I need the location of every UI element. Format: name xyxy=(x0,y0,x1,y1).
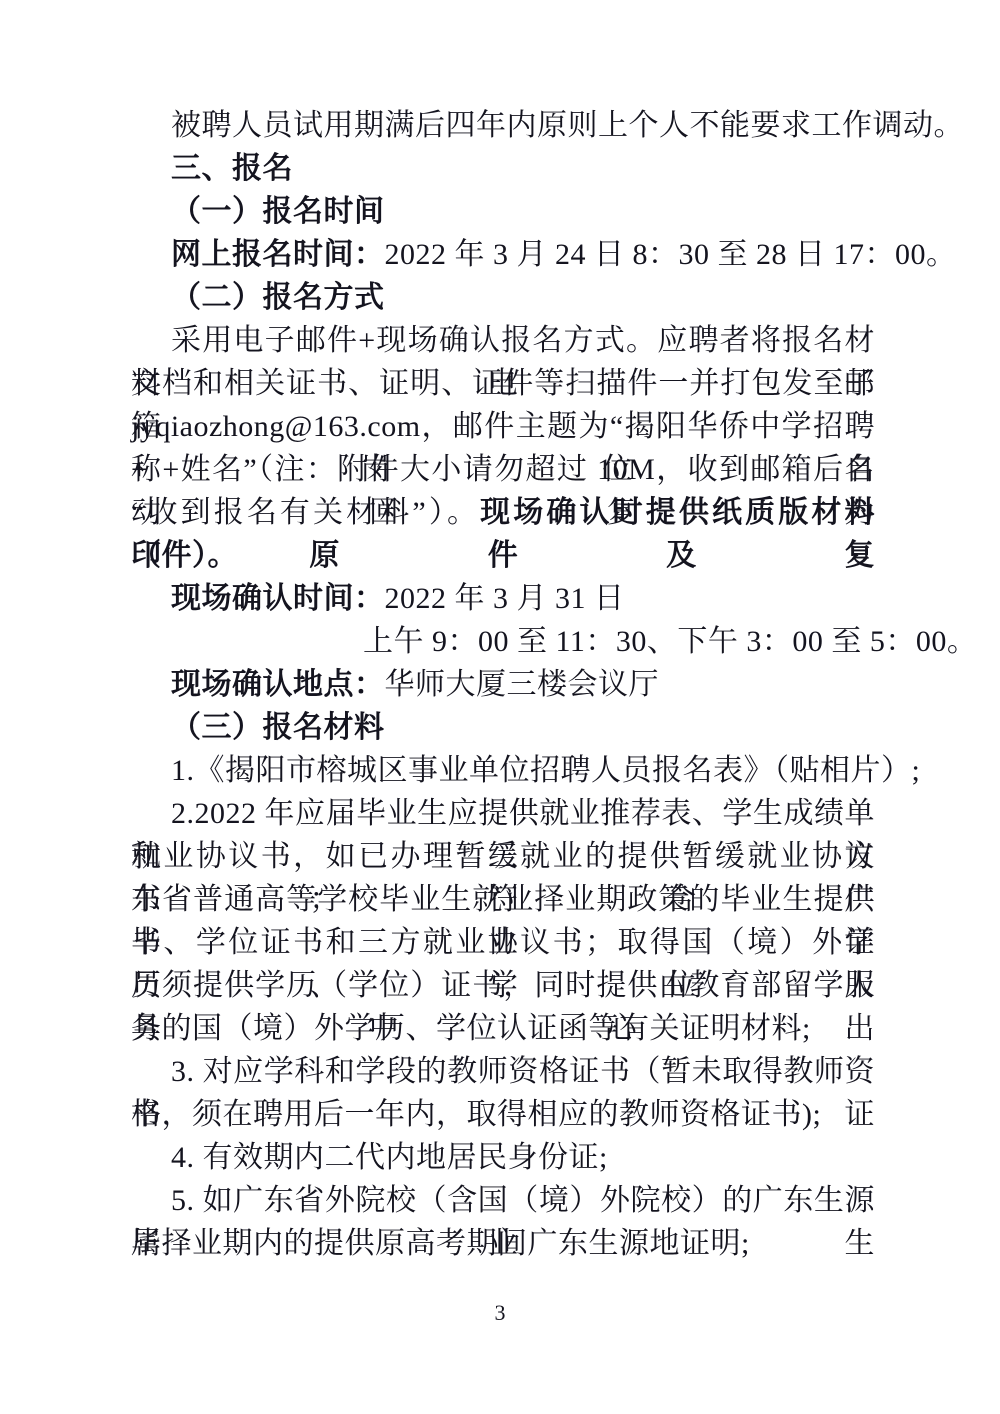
page-number: 3 xyxy=(0,1298,1000,1328)
para-material-2-line-6: 具的国（境）外学历、学位认证函等有关证明材料; xyxy=(131,1007,875,1050)
para-method-line-5: “收到报名有关材料”）。现场确认时提供纸质版材料（原件及复 xyxy=(131,491,875,534)
text-run: （一）报名时间 xyxy=(171,195,385,228)
para-online-registration-time: 网上报名时间：2022 年 3 月 24 日 8：30 至 28 日 17：00… xyxy=(131,233,875,276)
heading-3-1-registration-time: （一）报名时间 xyxy=(131,190,875,233)
text-run: 1.《揭阳市榕城区事业单位招聘人员报名表》（贴相片）; xyxy=(171,754,920,787)
text-run: 具的国（境）外学历、学位认证函等有关证明材料; xyxy=(131,1012,811,1045)
para-method-line-2: 文档和相关证书、证明、证件等扫描件一并打包发至邮箱 xyxy=(131,362,875,405)
heading-section-3-registration: 三、报名 xyxy=(131,147,875,190)
label-onsite-confirm-time: 现场确认时间： xyxy=(171,582,385,615)
text-run: 属择业期内的提供原高考期间广东生源地证明; xyxy=(131,1227,750,1260)
para-material-2-line-1: 2.2022 年应届毕业生应提供就业推荐表、学生成绩单和三方 xyxy=(131,792,875,835)
value-onsite-confirm-hours: 上午 9：00 至 11：30、下午 3：00 至 5：00。 xyxy=(363,625,977,658)
para-onsite-confirm-time: 现场确认时间：2022 年 3 月 31 日 xyxy=(131,577,875,620)
text-run: 书，须在聘用后一年内，取得相应的教师资格证书); xyxy=(131,1098,821,1131)
label-onsite-confirm-place: 现场确认地点： xyxy=(171,668,385,701)
para-material-2-line-4: 书、学位证书和三方就业协议书；取得国（境）外学历、学位人 xyxy=(131,921,875,964)
heading-3-3-registration-materials: （三）报名材料 xyxy=(131,706,875,749)
para-material-5-line-1: 5. 如广东省外院校（含国（境）外院校）的广东生源毕业生 xyxy=(131,1179,875,1222)
para-onsite-confirm-place: 现场确认地点：华师大厦三楼会议厅 xyxy=(131,663,875,706)
text-run: 三、报名 xyxy=(171,152,293,185)
text-run: 被聘人员试用期满后四年内原则上个人不能要求工作调动。 xyxy=(171,109,964,142)
para-method-line-4: 称+姓名”（注：附件大小请勿超过 10M，收到邮箱后自动回复为 xyxy=(131,448,875,491)
text-run: （三）报名材料 xyxy=(171,711,385,744)
para-material-4: 4. 有效期内二代内地居民身份证; xyxy=(131,1136,875,1179)
value-online-registration-time: 2022 年 3 月 24 日 8：30 至 28 日 17：00。 xyxy=(385,238,957,271)
para-material-3-line-1: 3. 对应学科和学段的教师资格证书（暂未取得教师资格证 xyxy=(131,1050,875,1093)
para-material-2-line-2: 就业协议书，如已办理暂缓就业的提供暂缓就业协议书；符合广 xyxy=(131,835,875,878)
value-onsite-confirm-date: 2022 年 3 月 31 日 xyxy=(385,582,625,615)
text-run: 4. 有效期内二代内地居民身份证; xyxy=(171,1141,608,1174)
document-page: 被聘人员试用期满后四年内原则上个人不能要求工作调动。 三、报名 （一）报名时间 … xyxy=(0,0,1000,1414)
para-material-2-line-5: 员须提供学历（学位）证书，同时提供由教育部留学服务中心出 xyxy=(131,964,875,1007)
para-method-line-3-email: jyqiaozhong@163.com，邮件主题为“揭阳华侨中学招聘+岗位名 xyxy=(131,405,875,448)
para-method-line-1: 采用电子邮件+现场确认报名方式。应聘者将报名材料电子 xyxy=(131,319,875,362)
text-run: （二）报名方式 xyxy=(171,281,385,314)
para-onsite-confirm-hours: 上午 9：00 至 11：30、下午 3：00 至 5：00。 xyxy=(131,620,875,663)
text-run: “收到报名有关材料”）。 xyxy=(131,496,480,529)
value-onsite-confirm-place: 华师大厦三楼会议厅 xyxy=(385,668,660,701)
text-run-bold: 印件）。 xyxy=(131,539,238,572)
heading-3-2-registration-method: （二）报名方式 xyxy=(131,276,875,319)
para-material-3-line-2: 书，须在聘用后一年内，取得相应的教师资格证书); xyxy=(131,1093,875,1136)
para-material-1: 1.《揭阳市榕城区事业单位招聘人员报名表》（贴相片）; xyxy=(131,749,875,792)
document-body: 被聘人员试用期满后四年内原则上个人不能要求工作调动。 三、报名 （一）报名时间 … xyxy=(131,104,875,1265)
para-transfer-policy: 被聘人员试用期满后四年内原则上个人不能要求工作调动。 xyxy=(131,104,875,147)
para-material-2-line-3: 东省普通高等学校毕业生就业择业期政策的毕业生提供毕业证 xyxy=(131,878,875,921)
label-online-registration-time: 网上报名时间： xyxy=(171,238,385,271)
